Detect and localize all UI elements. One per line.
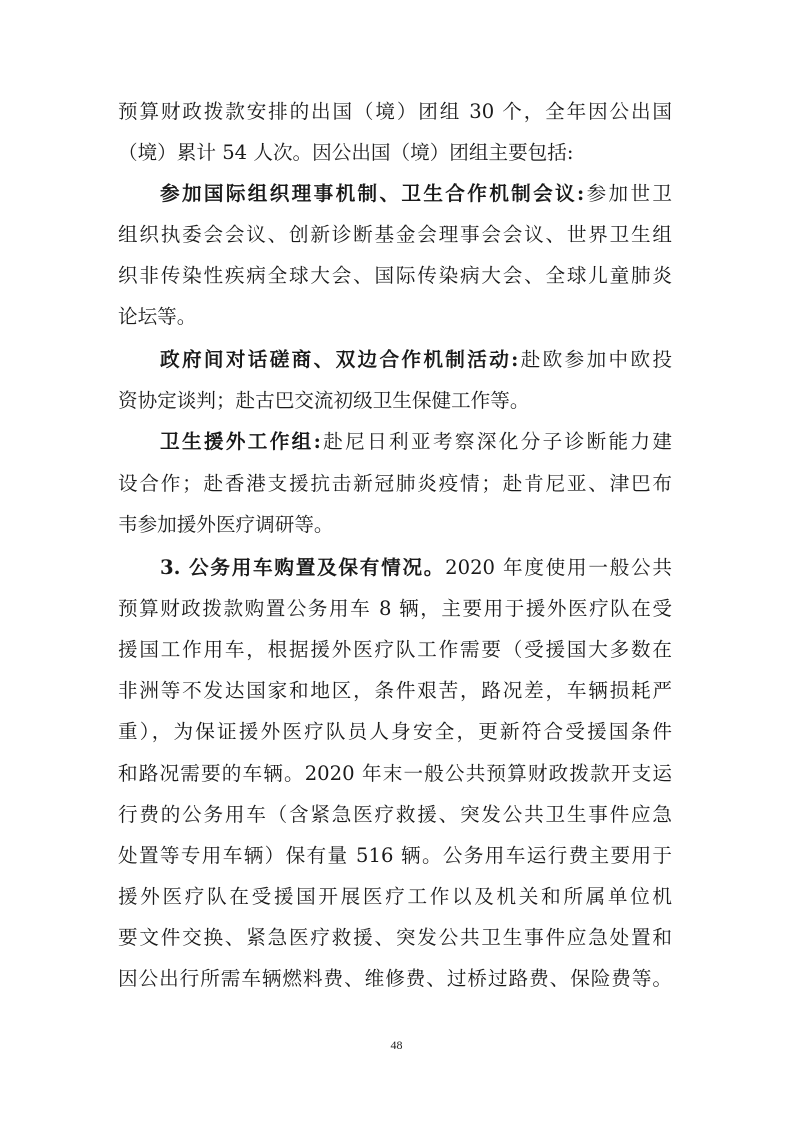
text-line: 设合作；赴香港支援抗击新冠肺炎疫情；赴肯尼亚、津巴布 [118,463,672,504]
text-line: 援外医疗队在受援国开展医疗工作以及机关和所属单位机 [118,876,672,917]
text-line: 处置等专用车辆）保有量 516 辆。公务用车运行费主要用于 [118,835,672,876]
text-line: 要文件交换、紧急医疗救援、突发公共卫生事件应急处置和 [118,917,672,958]
text-line: 因公出行所需车辆燃料费、维修费、过桥过路费、保险费等。 [118,958,672,999]
text-line: 预算财政拨款购置公务用车 8 辆，主要用于援外医疗队在受 [118,588,672,629]
text-line: 织非传染性疾病全球大会、国际传染病大会、全球儿童肺炎 [118,255,672,296]
paragraph-first-line: 政府间对话磋商、双边合作机制活动:赴欧参加中欧投 [160,339,672,380]
text-line: 韦参加援外医疗调研等。 [118,504,672,545]
text-line: 论坛等。 [118,296,672,337]
text-line: 预算财政拨款安排的出国（境）团组 30 个，全年因公出国 [118,91,672,132]
text-line: 组织执委会会议、创新诊断基金会理事会会议、世界卫生组 [118,214,672,255]
paragraph-first-line: 参加国际组织理事机制、卫生合作机制会议:参加世卫 [160,173,672,214]
text-line: 资协定谈判；赴古巴交流初级卫生保健工作等。 [118,380,672,421]
text-line: 重），为保证援外医疗队员人身安全，更新符合受援国条件 [118,711,672,752]
document-page: 预算财政拨款安排的出国（境）团组 30 个，全年因公出国 （境）累计 54 人次… [0,0,793,1122]
text-line: 援国工作用车，根据援外医疗队工作需要（受援国大多数在 [118,629,672,670]
text-line: 和路况需要的车辆。2020 年末一般公共预算财政拨款开支运 [118,753,672,794]
paragraph-first-line: 3. 公务用车购置及保有情况。2020 年度使用一般公共 [160,547,672,588]
text-line: （境）累计 54 人次。因公出国（境）团组主要包括: [118,132,672,173]
text-run: 参加世卫 [584,182,672,205]
section-heading: 3. 公务用车购置及保有情况。 [160,556,445,579]
paragraph-first-line: 卫生援外工作组:赴尼日利亚考察深化分子诊断能力建 [160,421,672,462]
text-line: 非洲等不发达国家和地区，条件艰苦，路况差，车辆损耗严 [118,670,672,711]
page-number: 48 [0,1038,793,1053]
text-line: 行费的公务用车（含紧急医疗救援、突发公共卫生事件应急 [118,794,672,835]
section-heading: 政府间对话磋商、双边合作机制活动: [160,348,518,371]
section-heading: 卫生援外工作组: [160,430,321,453]
text-run: 赴尼日利亚考察深化分子诊断能力建 [321,430,672,453]
text-run: 赴欧参加中欧投 [518,348,672,371]
section-heading: 参加国际组织理事机制、卫生合作机制会议: [160,182,584,205]
text-run: 2020 年度使用一般公共 [445,556,672,579]
